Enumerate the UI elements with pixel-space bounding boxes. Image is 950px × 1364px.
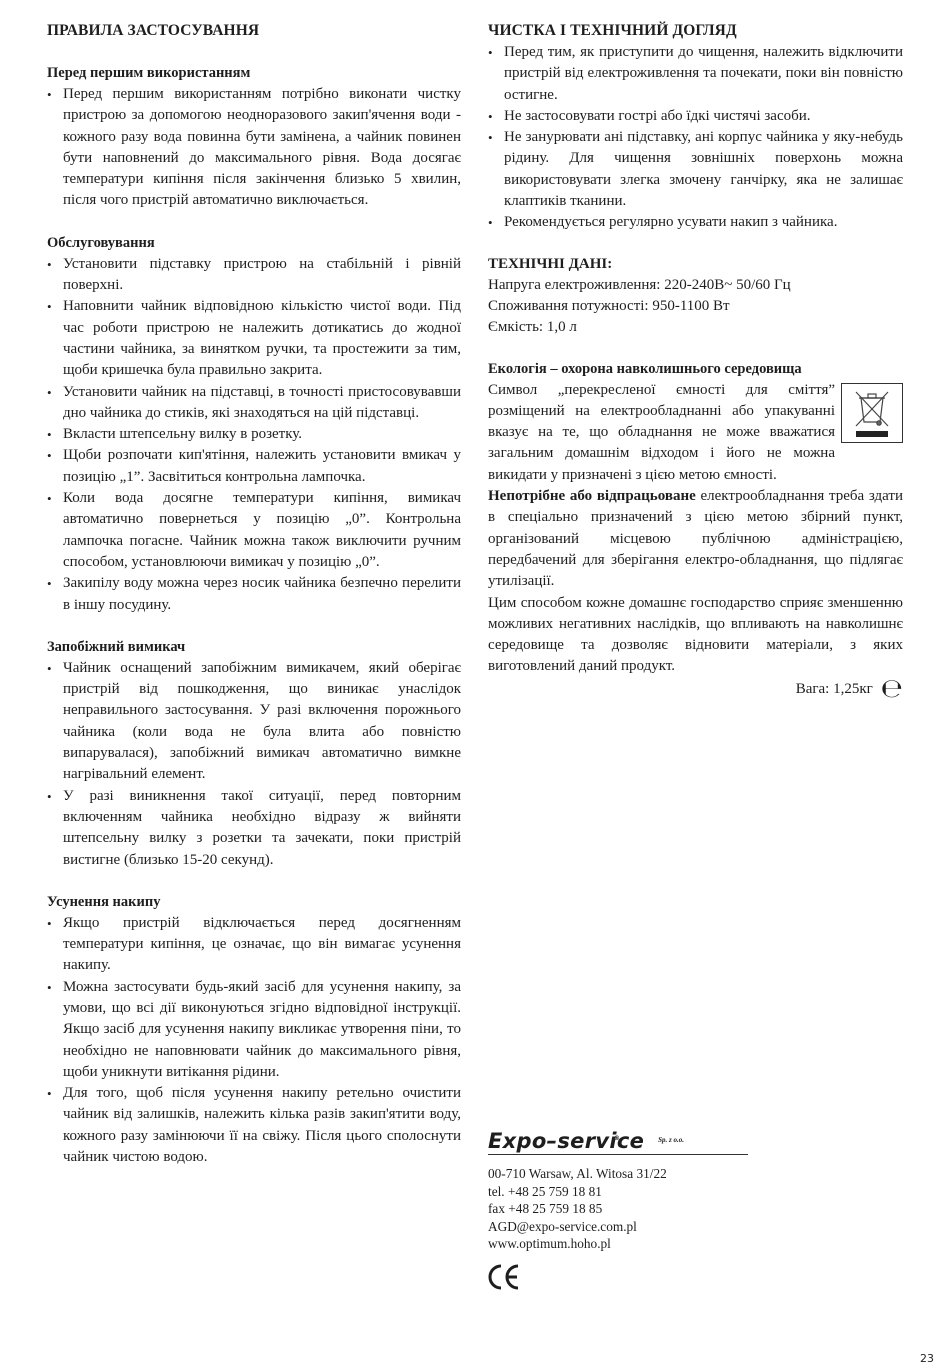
email-link[interactable]: AGD@expo-service.com.pl xyxy=(488,1218,748,1236)
list-item: Щоби розпочати кип'ятіння, належить уста… xyxy=(47,445,461,488)
list-item: Якщо пристрій відключається перед досягн… xyxy=(47,913,461,977)
cleaning-list: Перед тим, як приступити до чищення, нал… xyxy=(488,42,903,234)
cleaning-title: ЧИСТКА І ТЕХНІЧНИЙ ДОГЛЯД xyxy=(488,20,903,42)
descaling-heading: Усунення накипу xyxy=(47,892,461,913)
list-item: Для того, щоб після усунення накипу рете… xyxy=(47,1083,461,1168)
page-number: 23 xyxy=(920,1348,934,1364)
operation-heading: Обслуговування xyxy=(47,233,461,254)
weight-row: Вага: 1,25кг ℮ xyxy=(488,679,903,700)
safety-switch-heading: Запобіжний вимикач xyxy=(47,637,461,658)
company-logo: Expo–service® Sp. z o.o. xyxy=(488,1128,748,1155)
company-block: Expo–service® Sp. z o.o. 00-710 Warsaw, … xyxy=(488,1128,748,1253)
tech-data-line: Напруга електроживлення: 220-240В~ 50/60… xyxy=(488,275,903,296)
weight-label: Вага: 1,25кг xyxy=(796,679,873,700)
list-item: Установити чайник на підставці, в точнос… xyxy=(47,382,461,425)
list-item: Перед першим використанням потрібно вико… xyxy=(47,84,461,212)
contact-info: 00-710 Warsaw, Al. Witosa 31/22 tel. +48… xyxy=(488,1165,748,1253)
list-item: Не застосовувати гострі або їдкі чистячі… xyxy=(488,106,903,127)
list-item: Чайник оснащений запобіжним вимикачем, я… xyxy=(47,658,461,786)
list-item: Не занурювати ані підставку, ані корпус … xyxy=(488,127,903,212)
before-first-use-heading: Перед першим використанням xyxy=(47,63,461,84)
left-column: ПРАВИЛА ЗАСТОСУВАННЯ Перед першим викори… xyxy=(47,20,461,1168)
right-column: ЧИСТКА І ТЕХНІЧНИЙ ДОГЛЯД Перед тим, як … xyxy=(488,20,903,700)
logo-text: Expo–service® xyxy=(488,1128,644,1154)
ecology-paragraph-3: Цим способом кожне домашнє господарство … xyxy=(488,593,903,678)
registered-mark: ® xyxy=(614,1126,620,1152)
crossed-out-wheelie-bin-icon xyxy=(841,383,903,443)
fax: fax +48 25 759 18 85 xyxy=(488,1200,748,1218)
ce-mark-icon xyxy=(487,1263,521,1298)
address: 00-710 Warsaw, Al. Witosa 31/22 xyxy=(488,1165,748,1183)
list-item: Перед тим, як приступити до чищення, нал… xyxy=(488,42,903,106)
list-item: Коли вода досягне температури кипіння, в… xyxy=(47,488,461,573)
list-item: Наповнити чайник відповідною кількістю ч… xyxy=(47,296,461,381)
logo-suffix: Sp. z o.o. xyxy=(658,1130,684,1151)
list-item: У разі виникнення такої ситуації, перед … xyxy=(47,786,461,871)
ecology-paragraph-2: Непотрібне або відпрацьоване електрообла… xyxy=(488,486,903,592)
operation-list: Установити підставку пристрою на стабіль… xyxy=(47,254,461,616)
list-item: Можна застосувати будь-який засіб для ус… xyxy=(47,977,461,1083)
logo-wordmark: Expo–service xyxy=(488,1129,644,1153)
descaling-list: Якщо пристрій відключається перед досягн… xyxy=(47,913,461,1169)
tech-data-line: Споживання потужності: 950-1100 Вт xyxy=(488,296,903,317)
estimated-sign-icon: ℮ xyxy=(881,679,903,699)
ecology-title: Екологія – охорона навколишнього середов… xyxy=(488,359,903,380)
safety-switch-list: Чайник оснащений запобіжним вимикачем, я… xyxy=(47,658,461,871)
tech-data-line: Ємкість: 1,0 л xyxy=(488,317,903,338)
list-item: Вкласти штепсельну вилку в розетку. xyxy=(47,424,461,445)
website-link[interactable]: www.optimum.hoho.pl xyxy=(488,1235,748,1253)
list-item: Закипілу воду можна через носик чайника … xyxy=(47,573,461,616)
phone: tel. +48 25 759 18 81 xyxy=(488,1183,748,1201)
list-item: Установити підставку пристрою на стабіль… xyxy=(47,254,461,297)
tech-data-title: ТЕХНІЧНІ ДАНІ: xyxy=(488,254,903,275)
usage-rules-title: ПРАВИЛА ЗАСТОСУВАННЯ xyxy=(47,20,461,42)
ecology-section: Екологія – охорона навколишнього середов… xyxy=(488,359,903,700)
ecology-bold-lead: Непотрібне або відпрацьоване xyxy=(488,488,696,504)
list-item: Рекомендується регулярно усувати накип з… xyxy=(488,212,903,233)
before-first-use-list: Перед першим використанням потрібно вико… xyxy=(47,84,461,212)
